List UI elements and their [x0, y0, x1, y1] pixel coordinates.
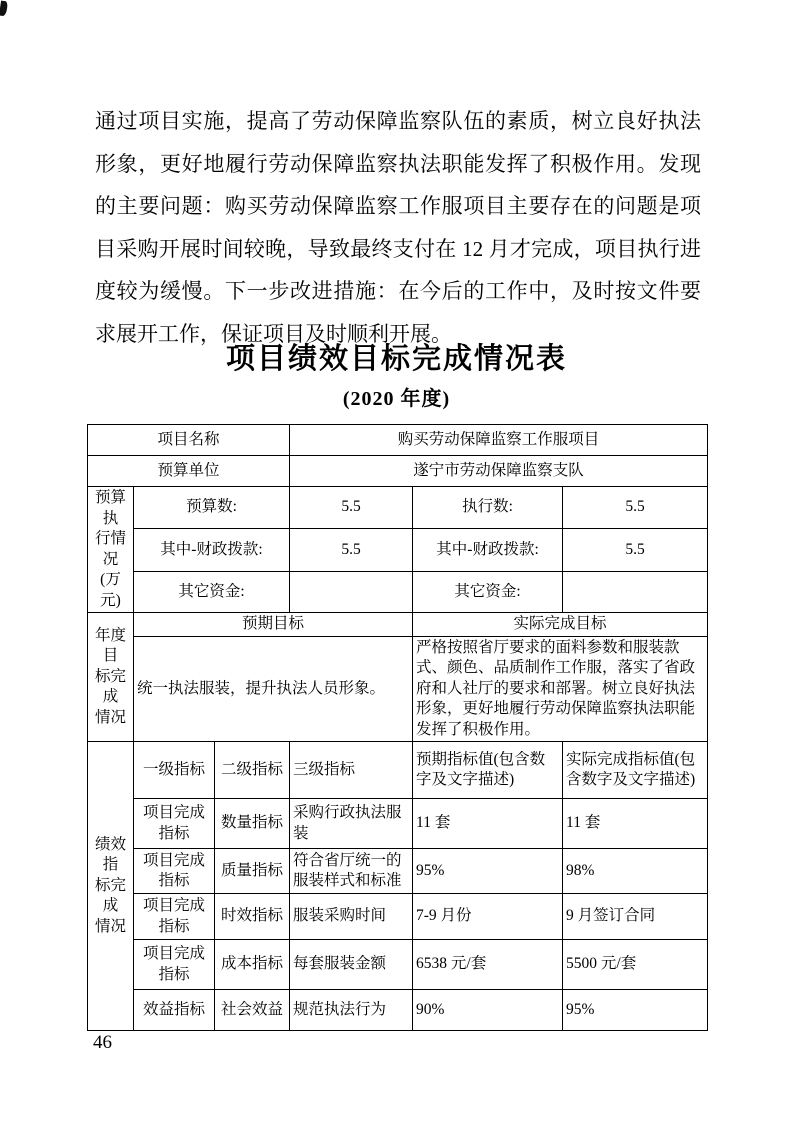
indicator-level2: 质量指标 — [215, 849, 290, 894]
paragraph-line: 目采购开展时间较晚，导致最终支付在 12 月才完成，项目执行进 — [95, 228, 701, 271]
indicator-level1: 项目完成 指标 — [134, 894, 215, 940]
document-page: 通过项目实施，提高了劳动保障监察队伍的素质，树立良好执法 形象，更好地履行劳动保… — [0, 0, 793, 1122]
table-row: 项目完成 指标 成本指标 每套服装金额 6538 元/套 5500 元/套 — [88, 940, 708, 990]
table-row: 预算单位 遂宁市劳动保障监察支队 — [88, 456, 708, 487]
indicator-level2: 社会效益 — [215, 990, 290, 1031]
table-row: 预算执 行情况 (万元) 预算数: 5.5 执行数: 5.5 — [88, 487, 708, 529]
indicator-level3: 服装采购时间 — [290, 894, 413, 940]
table-row: 年度目 标完成 情况 预期目标 实际完成目标 — [88, 613, 708, 637]
indicator-level1: 项目完成 指标 — [134, 849, 215, 894]
table-title: 项目绩效目标完成情况表 — [0, 336, 793, 377]
indicator-expected: 11 套 — [413, 799, 563, 849]
indicator-level1: 项目完成 指标 — [134, 940, 215, 990]
indicator-level3: 符合省厅统一的 服装样式和标准 — [290, 849, 413, 894]
table-row: 项目名称 购买劳动保障监察工作服项目 — [88, 425, 708, 456]
indicator-level3: 规范执法行为 — [290, 990, 413, 1031]
indicator-actual: 9 月签订合同 — [563, 894, 708, 940]
fiscal-allocation-value-right: 5.5 — [563, 529, 708, 571]
expected-goal-text: 统一执法服装，提升执法人员形象。 — [134, 636, 413, 742]
other-funds-label-left: 其它资金: — [134, 571, 290, 612]
budget-number-label: 预算数: — [134, 487, 290, 529]
expected-goal-header: 预期目标 — [134, 613, 413, 637]
indicator-expected: 95% — [413, 849, 563, 894]
annual-goal-section-label: 年度目 标完成 情况 — [88, 613, 134, 742]
table-row: 其它资金: 其它资金: — [88, 571, 708, 612]
budget-number-value: 5.5 — [290, 487, 413, 529]
actual-goal-text: 严格按照省厅要求的面料参数和服装款 式、颜色、品质制作工作服，落实了省政 府和人… — [413, 636, 708, 742]
table-row: 项目完成 指标 质量指标 符合省厅统一的 服装样式和标准 95% 98% — [88, 849, 708, 894]
table-subtitle: (2020 年度) — [0, 382, 793, 411]
indicator-level3: 每套服装金额 — [290, 940, 413, 990]
indicator-expected: 6538 元/套 — [413, 940, 563, 990]
scan-ink-smudge — [0, 1, 8, 17]
table-row: 效益指标 社会效益 规范执法行为 90% 95% — [88, 990, 708, 1031]
other-funds-value-right — [563, 571, 708, 612]
budget-section-label: 预算执 行情况 (万元) — [88, 487, 134, 613]
paragraph-line: 度较为缓慢。下一步改进措施：在今后的工作中，及时按文件要 — [95, 270, 701, 313]
table-row: 绩效指 标完成 情况 一级指标 二级指标 三级指标 预期指标值(包含数 字及文字… — [88, 742, 708, 799]
project-name-value: 购买劳动保障监察工作服项目 — [290, 425, 708, 456]
page-number: 46 — [93, 1032, 112, 1054]
paragraph-line: 的主要问题：购买劳动保障监察工作服项目主要存在的问题是项 — [95, 185, 701, 228]
indicator-level2: 时效指标 — [215, 894, 290, 940]
execution-number-value: 5.5 — [563, 487, 708, 529]
table-row: 项目完成 指标 数量指标 采购行政执法服 装 11 套 11 套 — [88, 799, 708, 849]
table-row: 项目完成 指标 时效指标 服装采购时间 7-9 月份 9 月签订合同 — [88, 894, 708, 940]
header-expected-value: 预期指标值(包含数 字及文字描述) — [413, 742, 563, 799]
actual-goal-header: 实际完成目标 — [413, 613, 708, 637]
other-funds-label-right: 其它资金: — [413, 571, 563, 612]
header-level2-indicator: 二级指标 — [215, 742, 290, 799]
budget-unit-value: 遂宁市劳动保障监察支队 — [290, 456, 708, 487]
table-row: 其中-财政拨款: 5.5 其中-财政拨款: 5.5 — [88, 529, 708, 571]
header-level1-indicator: 一级指标 — [134, 742, 215, 799]
summary-paragraph: 通过项目实施，提高了劳动保障监察队伍的素质，树立良好执法 形象，更好地履行劳动保… — [95, 100, 701, 356]
indicator-level1: 项目完成 指标 — [134, 799, 215, 849]
header-level3-indicator: 三级指标 — [290, 742, 413, 799]
indicator-actual: 5500 元/套 — [563, 940, 708, 990]
header-actual-value: 实际完成指标值(包 含数字及文字描述) — [563, 742, 708, 799]
budget-unit-label: 预算单位 — [88, 456, 290, 487]
indicator-actual: 95% — [563, 990, 708, 1031]
other-funds-value-left — [290, 571, 413, 612]
fiscal-allocation-value-left: 5.5 — [290, 529, 413, 571]
performance-table: 项目名称 购买劳动保障监察工作服项目 预算单位 遂宁市劳动保障监察支队 预算执 … — [87, 424, 708, 1031]
execution-number-label: 执行数: — [413, 487, 563, 529]
indicator-level3: 采购行政执法服 装 — [290, 799, 413, 849]
fiscal-allocation-label-left: 其中-财政拨款: — [134, 529, 290, 571]
indicator-level2: 成本指标 — [215, 940, 290, 990]
indicator-level1: 效益指标 — [134, 990, 215, 1031]
indicator-section-label: 绩效指 标完成 情况 — [88, 742, 134, 1031]
fiscal-allocation-label-right: 其中-财政拨款: — [413, 529, 563, 571]
paragraph-line: 形象，更好地履行劳动保障监察执法职能发挥了积极作用。发现 — [95, 143, 701, 186]
indicator-expected: 90% — [413, 990, 563, 1031]
paragraph-line: 通过项目实施，提高了劳动保障监察队伍的素质，树立良好执法 — [95, 100, 701, 143]
indicator-actual: 11 套 — [563, 799, 708, 849]
table-row: 统一执法服装，提升执法人员形象。 严格按照省厅要求的面料参数和服装款 式、颜色、… — [88, 636, 708, 742]
indicator-expected: 7-9 月份 — [413, 894, 563, 940]
indicator-level2: 数量指标 — [215, 799, 290, 849]
indicator-actual: 98% — [563, 849, 708, 894]
project-name-label: 项目名称 — [88, 425, 290, 456]
